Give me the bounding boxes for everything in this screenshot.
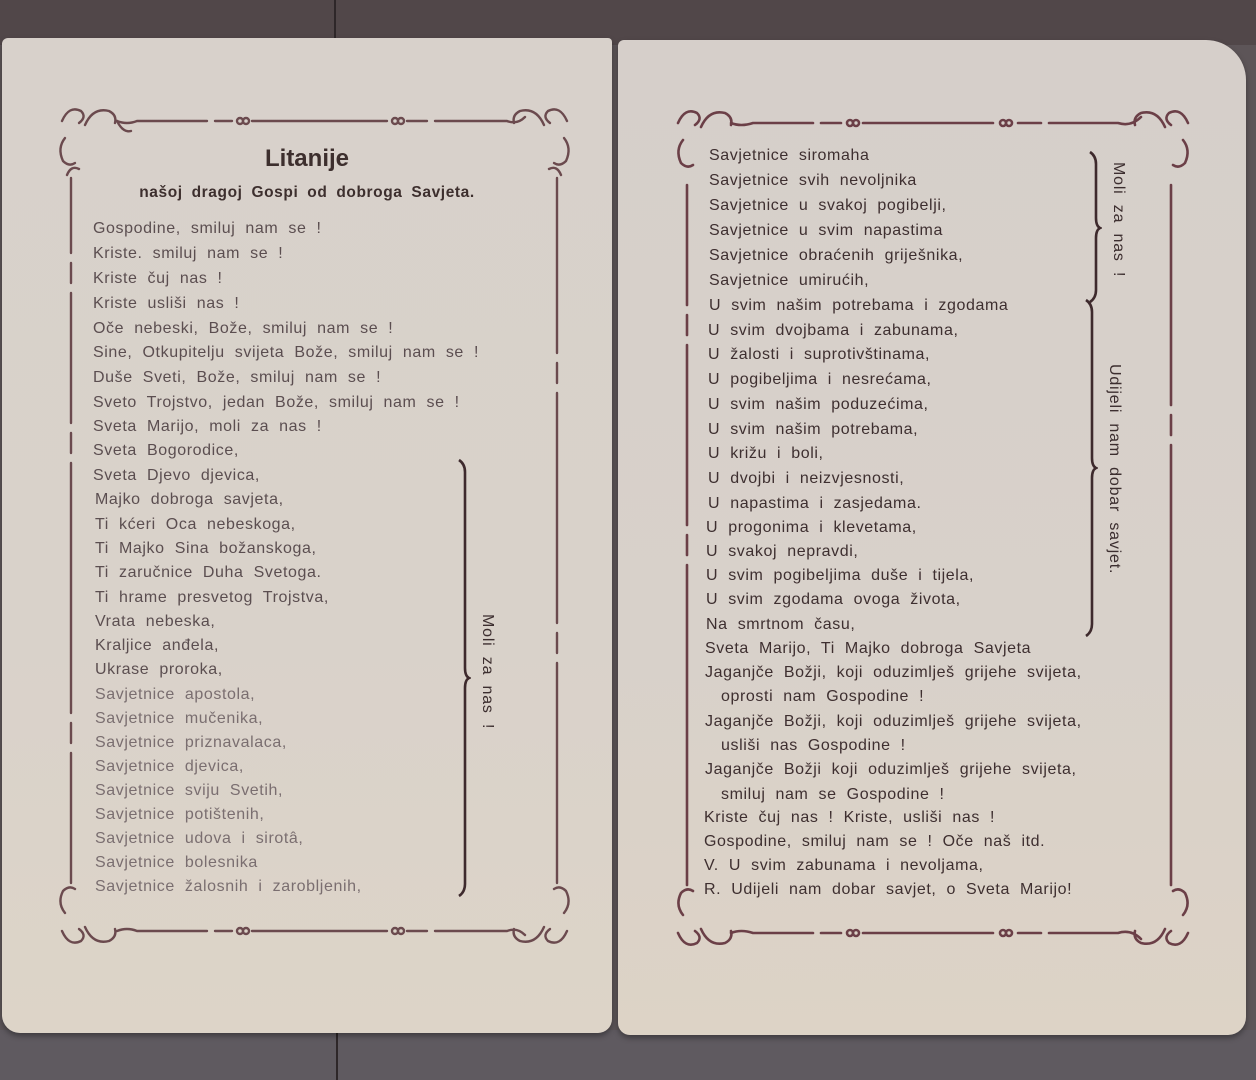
litany-line: Ti Majko Sina božanskoga, xyxy=(95,540,317,558)
litany-line: Sine, Otkupitelju svijeta Bože, smiluj n… xyxy=(93,344,479,362)
side-response-right-2: Udijeli nam dobar savjet. xyxy=(1105,364,1123,574)
litany-line: U križu i boli, xyxy=(708,445,824,463)
litany-line: U dvojbi i neizvjesnosti, xyxy=(708,470,904,488)
litany-line: U žalosti i suprotivštinama, xyxy=(708,346,930,364)
litany-line: Savjetnice priznavalaca, xyxy=(95,734,287,752)
litany-line: Ti hrame presvetog Trojstva, xyxy=(95,589,329,607)
litany-line: Savjetnice umirućih, xyxy=(709,272,869,290)
litany-line: Kriste usliši nas ! xyxy=(93,295,239,313)
brace-icon xyxy=(1088,150,1102,305)
litany-line: Sveta Marijo, Ti Majko dobroga Savjeta xyxy=(705,640,1031,658)
background-bottom xyxy=(0,1030,1256,1080)
litany-line: Savjetnice svih nevoljnika xyxy=(709,172,917,190)
litany-line: U svim našim potrebama, xyxy=(708,421,918,439)
litany-line: Ti kćeri Oca nebeskoga, xyxy=(95,516,296,534)
litany-line: Savjetnice apostola, xyxy=(95,686,255,704)
litany-line: Oče nebeski, Bože, smiluj nam se ! xyxy=(93,320,393,338)
brace-icon xyxy=(1084,298,1098,638)
litany-line: U svim zgodama ovoga života, xyxy=(706,591,961,609)
litany-line: Savjetnice bolesnika xyxy=(95,854,258,872)
litany-line: U napastima i zasjedama. xyxy=(708,495,922,513)
litany-line: U pogibeljima i nesrećama, xyxy=(708,371,932,389)
litany-line: Ukrase proroka, xyxy=(95,661,223,679)
litany-line: Savjetnice siromaha xyxy=(709,147,869,165)
litany-line: Savjetnice udova i sirotâ, xyxy=(95,830,303,848)
litany-line: Sveta Djevo djevica, xyxy=(93,467,260,485)
litany-line: Na smrtnom času, xyxy=(706,616,855,634)
response-line: R. Udijeli nam dobar savjet, o Sveta Mar… xyxy=(704,881,1072,899)
background-seam xyxy=(336,1030,338,1080)
litany-line: Savjetnice obraćenih griješnika, xyxy=(709,247,963,265)
litany-line: Duše Sveti, Bože, smiluj nam se ! xyxy=(93,369,381,387)
litany-line: Vrata nebeska, xyxy=(95,613,215,631)
versicle-line: V. U svim zabunama i nevoljama, xyxy=(704,857,984,875)
side-response-right-1: Moli za nas ! xyxy=(1109,162,1127,277)
litany-line: Sveto Trojstvo, jedan Bože, smiluj nam s… xyxy=(93,394,460,412)
litany-line: Kraljice anđela, xyxy=(95,637,219,655)
litany-line: U svim našim poduzećima, xyxy=(708,396,929,414)
litany-line: Ti zaručnice Duha Svetoga. xyxy=(95,564,322,582)
litany-line: smiluj nam se Gospodine ! xyxy=(721,786,945,804)
side-response-left: Moli za nas ! xyxy=(478,614,496,729)
litany-line: Kriste. smiluj nam se ! xyxy=(93,245,283,263)
page-title: Litanije xyxy=(2,145,612,173)
background-seam xyxy=(334,0,336,40)
litany-line: Savjetnice potištenih, xyxy=(95,806,264,824)
litany-line: Savjetnice žalosnih i zarobljenih, xyxy=(95,878,362,896)
litany-line: oprosti nam Gospodine ! xyxy=(721,688,924,706)
litany-line: Gospodine, smiluj nam se ! xyxy=(93,220,322,238)
litany-line: Jaganjče Božji, koji oduzimlješ grijehe … xyxy=(705,713,1082,731)
litany-line: Savjetnice u svim napastima xyxy=(709,222,943,240)
litany-line: U svim našim potrebama i zgodama xyxy=(709,297,1008,315)
litany-line: U svim pogibeljima duše i tijela, xyxy=(706,567,974,585)
litany-line: U progonima i klevetama, xyxy=(706,519,917,537)
litany-line: Kriste čuj nas ! xyxy=(93,270,223,288)
litany-line: Sveta Marijo, moli za nas ! xyxy=(93,418,322,436)
litany-line: Jaganjče Božji, koji oduzimlješ grijehe … xyxy=(705,664,1082,682)
litany-line: Sveta Bogorodice, xyxy=(93,442,239,460)
right-page: Savjetnice siromaha Savjetnice svih nevo… xyxy=(618,40,1246,1035)
litany-line: usliši nas Gospodine ! xyxy=(721,737,906,755)
litany-line: Savjetnice sviju Svetih, xyxy=(95,782,283,800)
left-page: Litanije našoj dragoj Gospi od dobroga S… xyxy=(2,38,612,1033)
litany-line: Majko dobroga savjeta, xyxy=(95,491,284,509)
litany-line: Jaganjče Božji koji oduzimlješ grijehe s… xyxy=(705,761,1077,779)
page-subtitle: našoj dragoj Gospi od dobroga Savjeta. xyxy=(2,184,612,202)
litany-line: Gospodine, smiluj nam se ! Oče naš itd. xyxy=(704,833,1045,851)
litany-line: Kriste čuj nas ! Kriste, usliši nas ! xyxy=(704,809,995,827)
litany-line: Savjetnice djevica, xyxy=(95,758,244,776)
litany-line: U svakoj nepravdi, xyxy=(706,543,858,561)
litany-line: U svim dvojbama i zabunama, xyxy=(708,322,959,340)
litany-line: Savjetnice mučenika, xyxy=(95,710,263,728)
litany-line: Savjetnice u svakoj pogibelji, xyxy=(709,197,947,215)
brace-icon xyxy=(457,458,471,898)
